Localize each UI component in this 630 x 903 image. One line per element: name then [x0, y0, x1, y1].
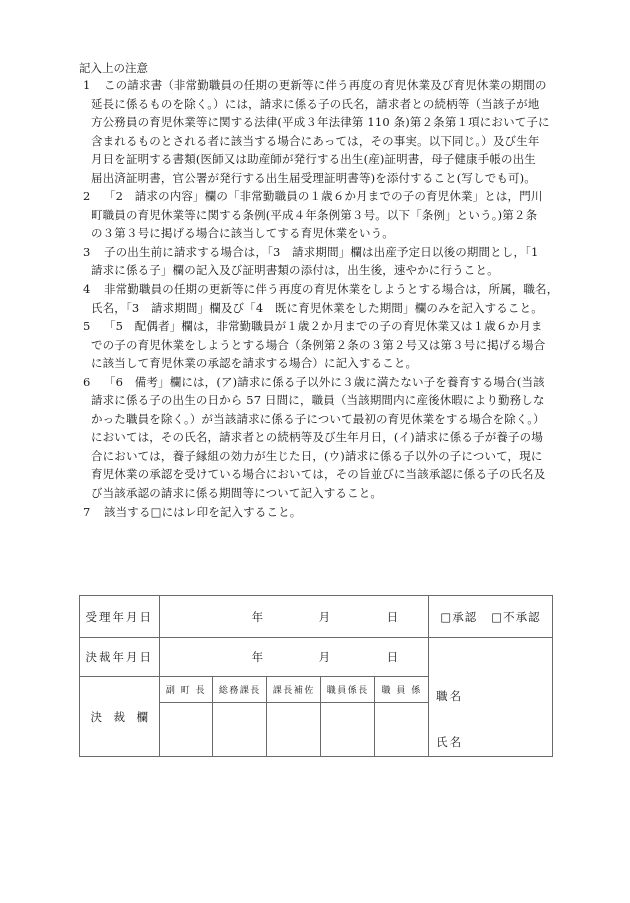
note-line: での子の育児休業をしようとする場合（条例第２条の３第２号又は第３号に掲げる場合: [79, 336, 551, 355]
reject-checkbox[interactable]: □不承認: [491, 610, 540, 624]
note-line: 「5 配偶者」欄は，非常勤職員が１歳２か月までの子の育児休業又は１歳６か月ま: [79, 317, 551, 336]
role-header-general-affairs-chief: 総務課長: [213, 677, 267, 703]
note-line: 氏名，「3 請求期間」欄及び「4 既に育児休業をした期間」欄のみを記入すること。: [79, 299, 551, 318]
approval-decision-cell: □承認□不承認: [429, 596, 553, 638]
decision-day-label: 日: [387, 649, 399, 665]
note-line: においては，その氏名，請求者との続柄等及び生年月日，(イ)請求に係る子が養子の場: [79, 428, 551, 447]
note-number: 4: [83, 280, 90, 299]
note-item: 5 「5 配偶者」欄は，非常勤職員が１歳２か月までの子の育児休業又は１歳６か月ま…: [79, 317, 551, 373]
approve-checkbox[interactable]: □承認: [440, 610, 477, 624]
note-number: 3: [83, 243, 90, 262]
notes-title: 記入上の注意: [79, 59, 148, 77]
stamp-box-general-affairs-chief[interactable]: [213, 703, 267, 757]
signer-title-label: 職名: [436, 688, 463, 704]
note-line: び当該承認の請求に係る期間等について記入すること。: [79, 484, 551, 503]
role-header-staff-section-chief: 職員係長: [321, 677, 375, 703]
decision-date-label: 決裁年月日: [80, 638, 160, 677]
note-number: 2: [83, 187, 90, 206]
stamp-box-staff-section-chief[interactable]: [321, 703, 375, 757]
note-line: 合においては，養子縁組の効力が生じた日，(ウ)請求に係る子以外の子について，現に: [79, 447, 551, 466]
note-line: 非常勤職員の任期の更新等に伴う再度の育児休業をしようとする場合は，所属，職名，: [79, 280, 551, 299]
notes-list: 1 この請求書（非常勤職員の任期の更新等に伴う再度の育児休業及び育児休業の期間の…: [79, 76, 551, 521]
signer-name-label: 氏名: [436, 734, 463, 750]
stamp-box-staff-clerk[interactable]: [375, 703, 429, 757]
note-item: 6 「6 備考」欄には，(ア)請求に係る子以外に３歳に満たない子を養育する場合(…: [79, 373, 551, 503]
note-line: 月日を証明する書類(医師又は助産師が発行する出生(産)証明書，母子健康手帳の出生: [79, 150, 551, 169]
received-date-row: 受理年月日 年 月 日 □承認□不承認: [80, 596, 553, 638]
signer-cell[interactable]: 職名 氏名: [429, 638, 553, 757]
stamp-box-vice-mayor[interactable]: [159, 703, 213, 757]
decision-date-field[interactable]: 年 月 日: [159, 638, 429, 677]
note-line: 請求に係る子」欄の記入及び証明書類の添付は，出生後，速やかに行うこと。: [79, 261, 551, 280]
note-line: 子の出生前に請求する場合は，「3 請求期間」欄は出産予定日以後の期間とし，「1: [79, 243, 551, 262]
document-page: 記入上の注意 1 この請求書（非常勤職員の任期の更新等に伴う再度の育児休業及び育…: [0, 0, 630, 903]
role-header-staff-clerk: 職 員 係: [375, 677, 429, 703]
note-line: 育児休業の承認を受けている場合においては，その旨並びに当該承認に係る子の氏名及: [79, 465, 551, 484]
note-line: 町職員の育児休業等に関する条例(平成４年条例第３号。以下「条例」という。)第２条: [79, 206, 551, 225]
note-number: 7: [83, 503, 90, 522]
note-line: 「6 備考」欄には，(ア)請求に係る子以外に３歳に満たない子を養育する場合(当該: [79, 373, 551, 392]
note-line: 「2 請求の内容」欄の「非常勤職員の１歳６か月までの子の育児休業」とは，門川: [79, 187, 551, 206]
note-line: 含まれるものとされる者に該当する場合にあっては，その事実。以下同じ。）及び生年: [79, 132, 551, 151]
decision-month-label: 月: [319, 649, 331, 665]
decision-column-label: 決 裁 欄: [80, 677, 160, 757]
note-item: 4 非常勤職員の任期の更新等に伴う再度の育児休業をしようとする場合は，所属，職名…: [79, 280, 551, 317]
note-item: 7 該当する□にはレ印を記入すること。: [79, 503, 551, 522]
stamp-box-assistant-chief[interactable]: [267, 703, 321, 757]
note-line: の３第３号に掲げる場合に該当してする育児休業をいう。: [79, 224, 551, 243]
note-line: 請求に係る子の出生の日から 57 日間に，職員（当該期間内に産後休暇により勤務し…: [79, 391, 551, 410]
note-line: この請求書（非常勤職員の任期の更新等に伴う再度の育児休業及び育児休業の期間の: [79, 76, 551, 95]
note-number: 5: [83, 317, 90, 336]
role-header-vice-mayor: 副 町 長: [159, 677, 213, 703]
note-number: 1: [83, 76, 90, 95]
received-year-label: 年: [252, 609, 264, 625]
role-header-assistant-chief: 課長補佐: [267, 677, 321, 703]
note-number: 6: [83, 373, 90, 392]
note-line: 該当する□にはレ印を記入すること。: [79, 503, 551, 522]
decision-date-row: 決裁年月日 年 月 日 職名 氏名: [80, 638, 553, 677]
approval-table: 受理年月日 年 月 日 □承認□不承認 決裁年月日 年 月 日 職名 氏名 決: [79, 595, 553, 757]
received-date-field[interactable]: 年 月 日: [159, 596, 429, 638]
note-line: に該当して育児休業の承認を請求する場合）に記入すること。: [79, 354, 551, 373]
note-line: 方公務員の育児休業等に関する法律(平成３年法律第 110 条)第２条第１項におい…: [79, 113, 551, 132]
note-line: 届出済証明書，官公署が発行する出生届受理証明書等)を添付すること(写しでも可)。: [79, 169, 551, 188]
received-month-label: 月: [319, 609, 331, 625]
note-item: 3 子の出生前に請求する場合は，「3 請求期間」欄は出産予定日以後の期間とし，「…: [79, 243, 551, 280]
note-item: 1 この請求書（非常勤職員の任期の更新等に伴う再度の育児休業及び育児休業の期間の…: [79, 76, 551, 187]
decision-year-label: 年: [252, 649, 264, 665]
note-item: 2 「2 請求の内容」欄の「非常勤職員の１歳６か月までの子の育児休業」とは，門川…: [79, 187, 551, 243]
note-line: かった職員を除く。）が当該請求に係る子について最初の育児休業をする場合を除く。）: [79, 410, 551, 429]
note-line: 延長に係るものを除く。）には，請求に係る子の氏名，請求者との続柄等（当該子が地: [79, 95, 551, 114]
received-day-label: 日: [387, 609, 399, 625]
received-date-label: 受理年月日: [80, 596, 160, 638]
